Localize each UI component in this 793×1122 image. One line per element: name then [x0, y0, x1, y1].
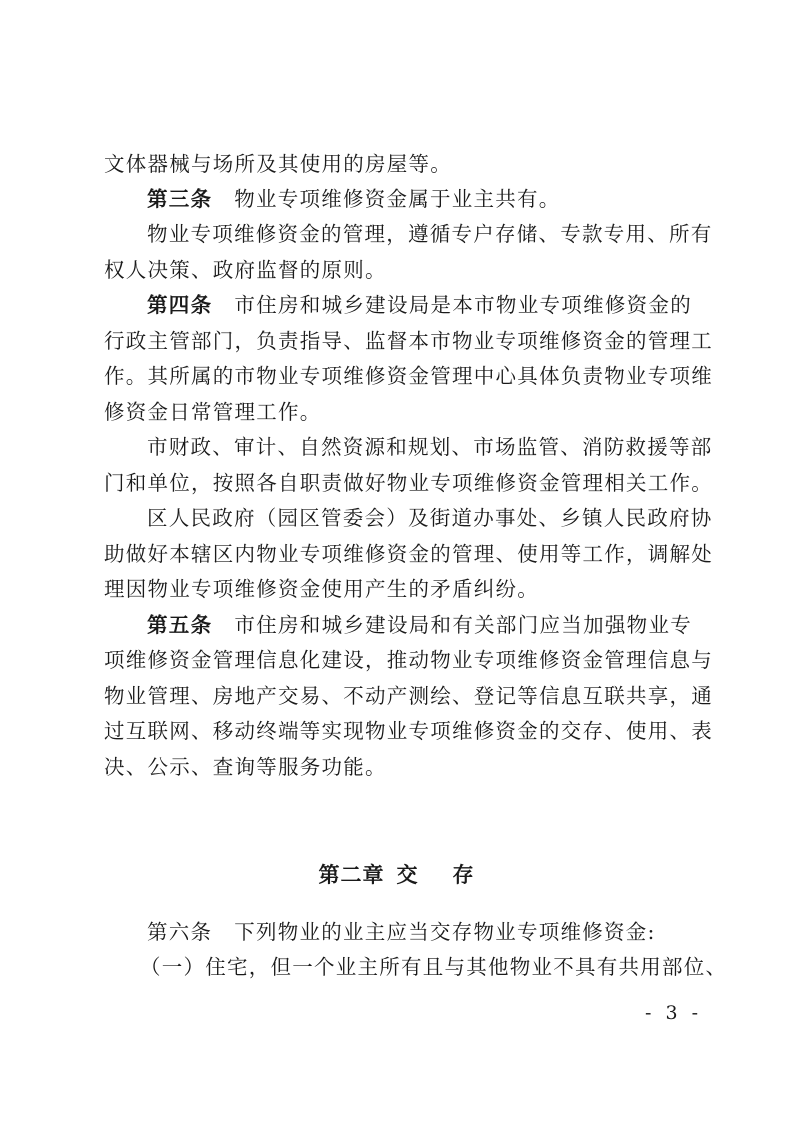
line-text: 过互联网、移动终端等实现物业专项维修资金的交存、使用、表 — [104, 719, 713, 743]
paragraph-line: 门和单位，按照各自职责做好物业专项维修资金管理相关工作。 — [104, 466, 692, 501]
paragraph-line: 项维修资金管理信息化建设，推动物业专项维修资金管理信息与 — [104, 643, 692, 678]
paragraph-line: 市财政、审计、自然资源和规划、市场监管、消防救援等部 — [147, 430, 692, 465]
line-text: 下列物业的业主应当交存物业专项维修资金: — [234, 920, 655, 944]
paragraph-line: 理因物业专项维修资金使用产生的矛盾纠纷。 — [104, 572, 692, 607]
line-text: 文体器械与场所及其使用的房屋等。 — [104, 152, 452, 176]
line-text: 行政主管部门，负责指导、监督本市物业专项维修资金的管理工 — [104, 329, 713, 353]
line-text: 市财政、审计、自然资源和规划、市场监管、消防救援等部 — [147, 435, 713, 459]
paragraph-line: 区人民政府（园区管委会）及街道办事处、乡镇人民政府协 — [147, 501, 692, 536]
paragraph-line: 决、公示、查询等服务功能。 — [104, 750, 692, 785]
line-text: 物业管理、房地产交易、不动产测绘、登记等信息互联共享，通 — [104, 684, 713, 708]
paragraph-line: 权人决策、政府监督的原则。 — [104, 253, 692, 288]
line-text: 修资金日常管理工作。 — [104, 400, 322, 424]
article-4-line: 第四条市住房和城乡建设局是本市物业专项维修资金的 — [147, 288, 692, 323]
chapter-heading: 第二章交存 — [0, 858, 793, 893]
article-5-line: 第五条市住房和城乡建设局和有关部门应当加强物业专 — [147, 608, 692, 643]
chapter-number: 第二章 — [319, 863, 385, 887]
paragraph-line: 过互联网、移动终端等实现物业专项维修资金的交存、使用、表 — [104, 714, 692, 749]
line-text: 物业专项维修资金属于业主共有。 — [234, 187, 560, 211]
line-text: 市住房和城乡建设局和有关部门应当加强物业专 — [234, 613, 692, 637]
paragraph-line: 作。其所属的市物业专项维修资金管理中心具体负责物业专项维 — [104, 359, 692, 394]
line-text: 决、公示、查询等服务功能。 — [104, 755, 387, 779]
list-item-line: （一）住宅，但一个业主所有且与其他物业不具有共用部位、 — [140, 950, 692, 985]
line-text: 项维修资金管理信息化建设，推动物业专项维修资金管理信息与 — [104, 648, 713, 672]
paragraph-line: 文体器械与场所及其使用的房屋等。 — [104, 147, 692, 182]
article-number: 第四条 — [147, 293, 212, 317]
line-text: 区人民政府（园区管委会）及街道办事处、乡镇人民政府协 — [147, 506, 713, 530]
paragraph-line: 助做好本辖区内物业专项维修资金的管理、使用等工作，调解处 — [104, 537, 692, 572]
paragraph-line: 物业管理、房地产交易、不动产测绘、登记等信息互联共享，通 — [104, 679, 692, 714]
article-number: 第三条 — [147, 187, 212, 211]
line-text: 市住房和城乡建设局是本市物业专项维修资金的 — [234, 293, 692, 317]
chapter-title-char: 存 — [453, 863, 475, 887]
line-text: （一）住宅，但一个业主所有且与其他物业不具有共用部位、 — [140, 955, 727, 979]
article-number: 第六条 — [147, 920, 212, 944]
chapter-title-char: 交 — [397, 863, 419, 887]
page-number: - 3 - — [645, 1000, 702, 1026]
line-text: 物业专项维修资金的管理，遵循专户存储、专款专用、所有 — [147, 222, 713, 246]
line-text: 权人决策、政府监督的原则。 — [104, 258, 387, 282]
article-3-line: 第三条物业专项维修资金属于业主共有。 — [147, 182, 692, 217]
line-text: 助做好本辖区内物业专项维修资金的管理、使用等工作，调解处 — [104, 542, 713, 566]
article-6-line: 第六条下列物业的业主应当交存物业专项维修资金: — [147, 915, 692, 950]
line-text: 理因物业专项维修资金使用产生的矛盾纠纷。 — [104, 577, 539, 601]
document-page: 文体器械与场所及其使用的房屋等。 第三条物业专项维修资金属于业主共有。 物业专项… — [0, 0, 793, 1122]
article-number: 第五条 — [147, 613, 212, 637]
paragraph-line: 修资金日常管理工作。 — [104, 395, 692, 430]
line-text: 门和单位，按照各自职责做好物业专项维修资金管理相关工作。 — [104, 471, 713, 495]
paragraph-line: 行政主管部门，负责指导、监督本市物业专项维修资金的管理工 — [104, 324, 692, 359]
paragraph-line: 物业专项维修资金的管理，遵循专户存储、专款专用、所有 — [147, 217, 692, 252]
line-text: 作。其所属的市物业专项维修资金管理中心具体负责物业专项维 — [104, 364, 713, 388]
